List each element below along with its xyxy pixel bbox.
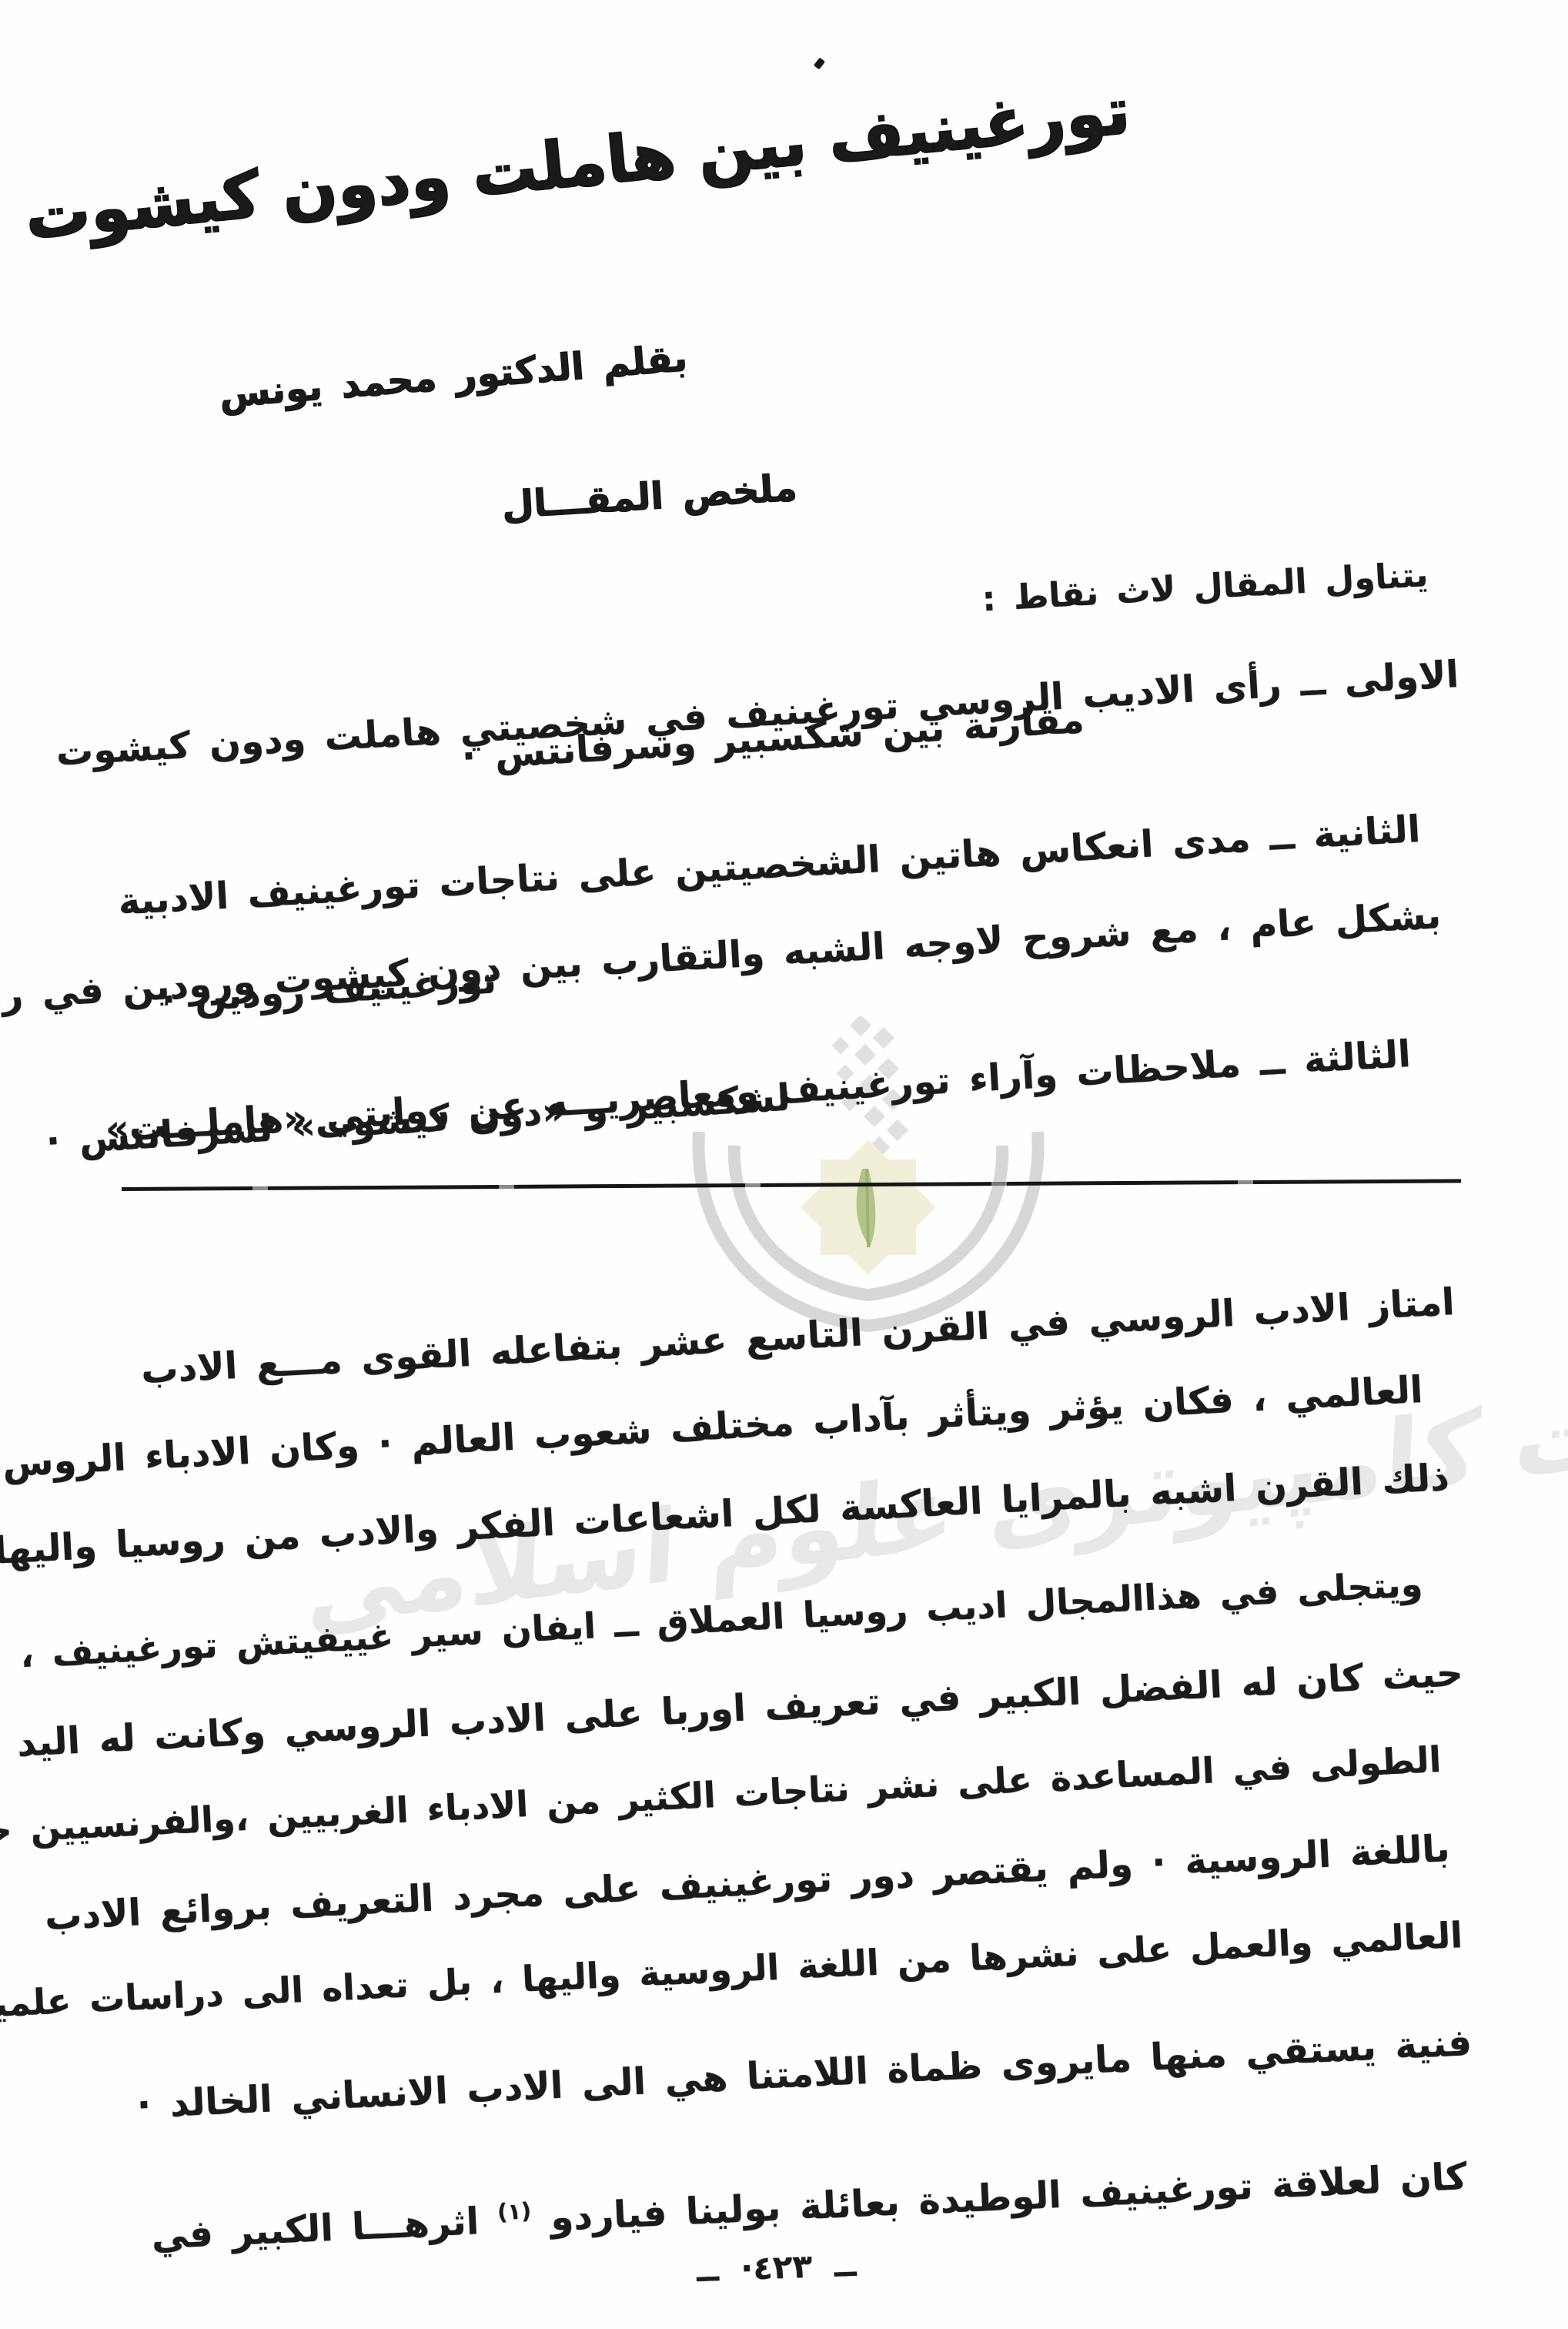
ink-speck bbox=[814, 58, 825, 70]
article-title-calligraphy: تورغينيف بين هاملت ودون كيشوت bbox=[299, 72, 1133, 227]
body-para-3-text-pre: كان لعلاقة تورغينيف الوطيدة بعائلة بولين… bbox=[550, 2155, 1468, 2240]
body-para-2-line-6: فنية يستقي منها مايروى ظماة اللامتنا هي … bbox=[136, 2019, 1473, 2130]
body-para-3-text-post: اثرهـــا الكبير في bbox=[151, 2200, 480, 2257]
summary-heading: ملخص المقـــال bbox=[500, 464, 798, 530]
footnote-marker: (١) bbox=[497, 2197, 532, 2225]
summary-intro: يتناول المقال لاث نقاط : bbox=[981, 553, 1429, 621]
scanned-article-page: مرکز تحقیقات کامپیوتری علوم اسلامی تورغي… bbox=[0, 0, 1568, 2329]
byline: بقلم الدكتور محمد يونس bbox=[218, 334, 690, 419]
body-para-3-line-1: كان لعلاقة تورغينيف الوطيدة بعائلة بولين… bbox=[151, 2153, 1469, 2260]
page-number: ــ ٤٢٣· ــ bbox=[696, 2244, 857, 2292]
